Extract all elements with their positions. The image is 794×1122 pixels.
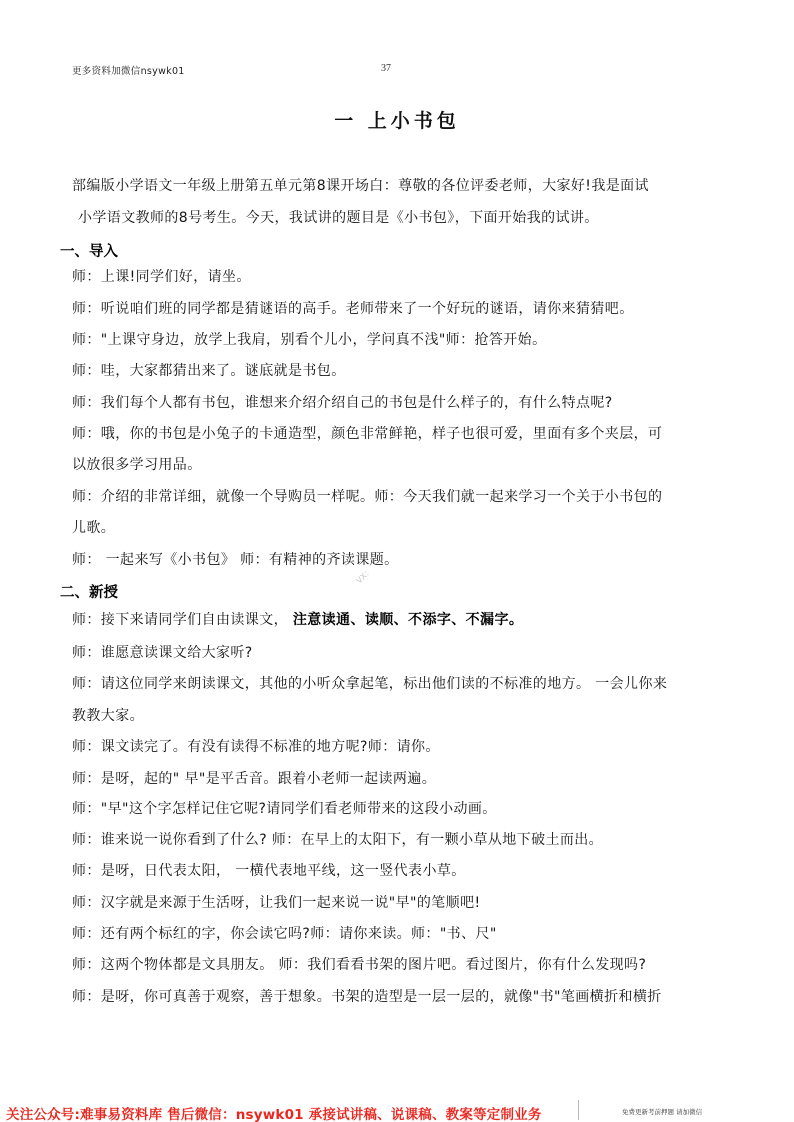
text-line: 师：我们每个人都有书包，谁想来介绍介绍自己的书包是什么样子的，有什么特点呢? <box>72 394 613 412</box>
footer-note: 免费更新考前押题 请加微信 <box>622 1107 702 1116</box>
header-contact-text: 更多资料加微信nsywk01 <box>72 63 185 77</box>
text-line: 以放很多学习用品。 <box>72 456 202 474</box>
intro-line-1: 部编版小学语文一年级上册第五单元第8课开场白：尊敬的各位评委老师，大家好!我是面… <box>72 177 649 195</box>
text-line: 师：是呀，你可真善于观察，善于想象。书架的造型是一层一层的，就像"书"笔画横折和… <box>72 988 662 1006</box>
text-line: 师：汉字就是来源于生活呀，让我们一起来说一说"早"的笔顺吧! <box>72 894 481 912</box>
footer-divider <box>578 1100 579 1120</box>
text-line: 师：谁愿意读课文给大家听? <box>72 644 253 662</box>
text-line: 师：是呀，起的" 早"是平舌音。跟着小老师一起读两遍。 <box>72 770 436 788</box>
text-line: 师："上课守身边，放学上我肩，别看个儿小，学问真不浅"师：抢答开始。 <box>72 331 546 349</box>
footer-promo-text: 关注公众号:难事易资料库 售后微信：nsywk01 承接试讲稿、说课稿、教案等定… <box>6 1103 542 1122</box>
text-line: 教教大家。 <box>72 707 144 725</box>
text-line: 师：是呀，日代表太阳， 一横代表地平线，这一竖代表小草。 <box>72 862 466 880</box>
text-line: 师：上课!同学们好，请坐。 <box>72 268 251 286</box>
text-line: 师：听说咱们班的同学都是猜谜语的高手。老师带来了一个好玩的谜语，请你来猜猜吧。 <box>72 300 634 318</box>
text-line: 儿歌。 <box>72 519 115 537</box>
text-line: 师：谁来说一说你看到了什么? 师：在早上的太阳下，有一颗小草从地下破土而出。 <box>72 831 603 849</box>
text-line-normal: 师：接下来请同学们自由读课文， <box>72 612 293 628</box>
text-line: 师：还有两个标红的字，你会读它吗?师：请你来读。师："书、尺" <box>72 925 497 943</box>
intro-line-2: 小学语文教师的8号考生。今天，我试讲的题目是《小书包》，下面开始我的试讲。 <box>78 209 599 227</box>
text-line: 师：这两个物体都是文具朋友。 师：我们看看书架的图片吧。看过图片，你有什么发现吗… <box>72 956 646 974</box>
page-footer: 关注公众号:难事易资料库 售后微信：nsywk01 承接试讲稿、说课稿、教案等定… <box>0 1098 794 1122</box>
text-line: 师：介绍的非常详细，就像一个导购员一样呢。师：今天我们就一起来学习一个关于小书包… <box>72 488 662 506</box>
text-line: 师：接下来请同学们自由读课文， 注意读通、读顺、不添字、不漏字。 <box>72 611 523 629</box>
text-line: 师：哇，大家都猜出来了。谜底就是书包。 <box>72 362 346 380</box>
text-line: 师：请这位同学来朗读课文，其他的小听众拿起笔，标出他们读的不标准的地方。 一会儿… <box>72 675 667 693</box>
text-line: 师： 一起来写《小书包》 师：有精神的齐读课题。 <box>72 551 399 569</box>
section-heading-intro: 一、导入 <box>60 240 118 261</box>
text-line: 师：哦，你的书包是小兔子的卡通造型，颜色非常鲜艳，样子也很可爱，里面有多个夹层，… <box>72 425 662 443</box>
text-line-emphasis: 注意读通、读顺、不添字、不漏字。 <box>293 612 523 628</box>
text-line: 师：课文读完了。有没有读得不标准的地方呢?师：请你。 <box>72 738 440 756</box>
document-title: 一 上小书包 <box>0 106 794 133</box>
page-number: 37 <box>381 63 391 74</box>
document-title-text: 一 上小书包 <box>334 106 460 133</box>
text-line: 师："早"这个字怎样记住它呢?请同学们看老师带来的这段小动画。 <box>72 800 497 818</box>
section-heading-new-lesson: 二、新授 <box>60 581 118 602</box>
